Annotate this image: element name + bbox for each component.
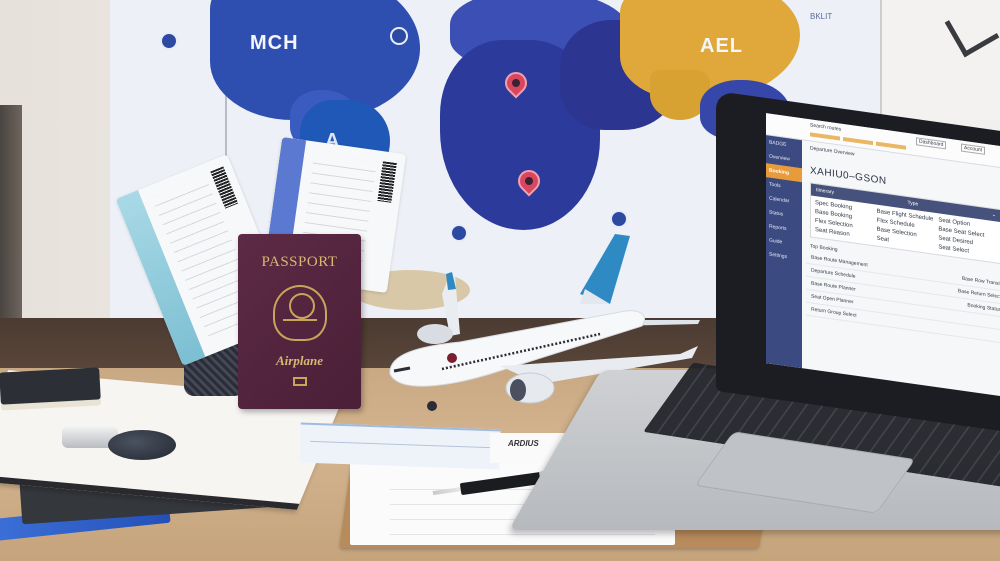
wall-panel <box>880 0 1000 120</box>
computer-mouse <box>108 430 176 460</box>
airline-logo-icon <box>447 353 457 363</box>
map-label-mch: MCH <box>250 32 299 55</box>
receipt-text: ARDIUS <box>508 439 539 448</box>
passport: PASSPORT Airplane <box>238 234 361 409</box>
plane-landing-gear <box>427 401 437 411</box>
map-marker-dot-icon <box>160 32 178 50</box>
travel-document-slip <box>299 423 500 470</box>
passport-title: PASSPORT <box>238 254 361 271</box>
topbar-dashboard-button: Dashboard <box>916 137 946 149</box>
map-marker-dot-icon <box>390 27 408 45</box>
eagle-emblem-icon <box>273 285 327 341</box>
panel-header-left: Itinerary <box>816 187 834 196</box>
notebook-closed <box>0 367 101 404</box>
passport-subtitle: Airplane <box>238 353 361 369</box>
pen-tip <box>433 487 463 495</box>
plane-engine-left <box>417 324 453 344</box>
screen-rows: Base Route ManagementBase Row TransitDep… <box>806 251 1000 344</box>
screen-sidebar: BADGE Overview Booking Tools Calendar St… <box>766 135 802 368</box>
biometric-chip-icon <box>293 377 307 386</box>
laptop-screen: Search routes Dashboard Account BADGE Ov… <box>766 113 1000 397</box>
chevron-logo-icon <box>945 3 1000 58</box>
map-marker-dot-icon <box>610 210 628 228</box>
travel-desk-scene: MCH AEL A BKLIT PASSPORT Airplane <box>0 0 1000 561</box>
map-label-ael: AEL <box>700 35 743 58</box>
slip-line <box>310 441 490 448</box>
map-small-text: BKLIT <box>810 12 832 21</box>
barcode-icon <box>377 161 396 203</box>
topbar-account-button: Account <box>961 144 985 155</box>
panel-header-right: Type <box>908 200 919 208</box>
plane-windows <box>444 358 604 361</box>
screen-content: Departure Overview XAHIU0–GSON Itinerary… <box>806 143 1000 397</box>
chevron-down-icon: ⌄ <box>992 212 996 219</box>
topbar-search: Search routes <box>810 122 841 132</box>
